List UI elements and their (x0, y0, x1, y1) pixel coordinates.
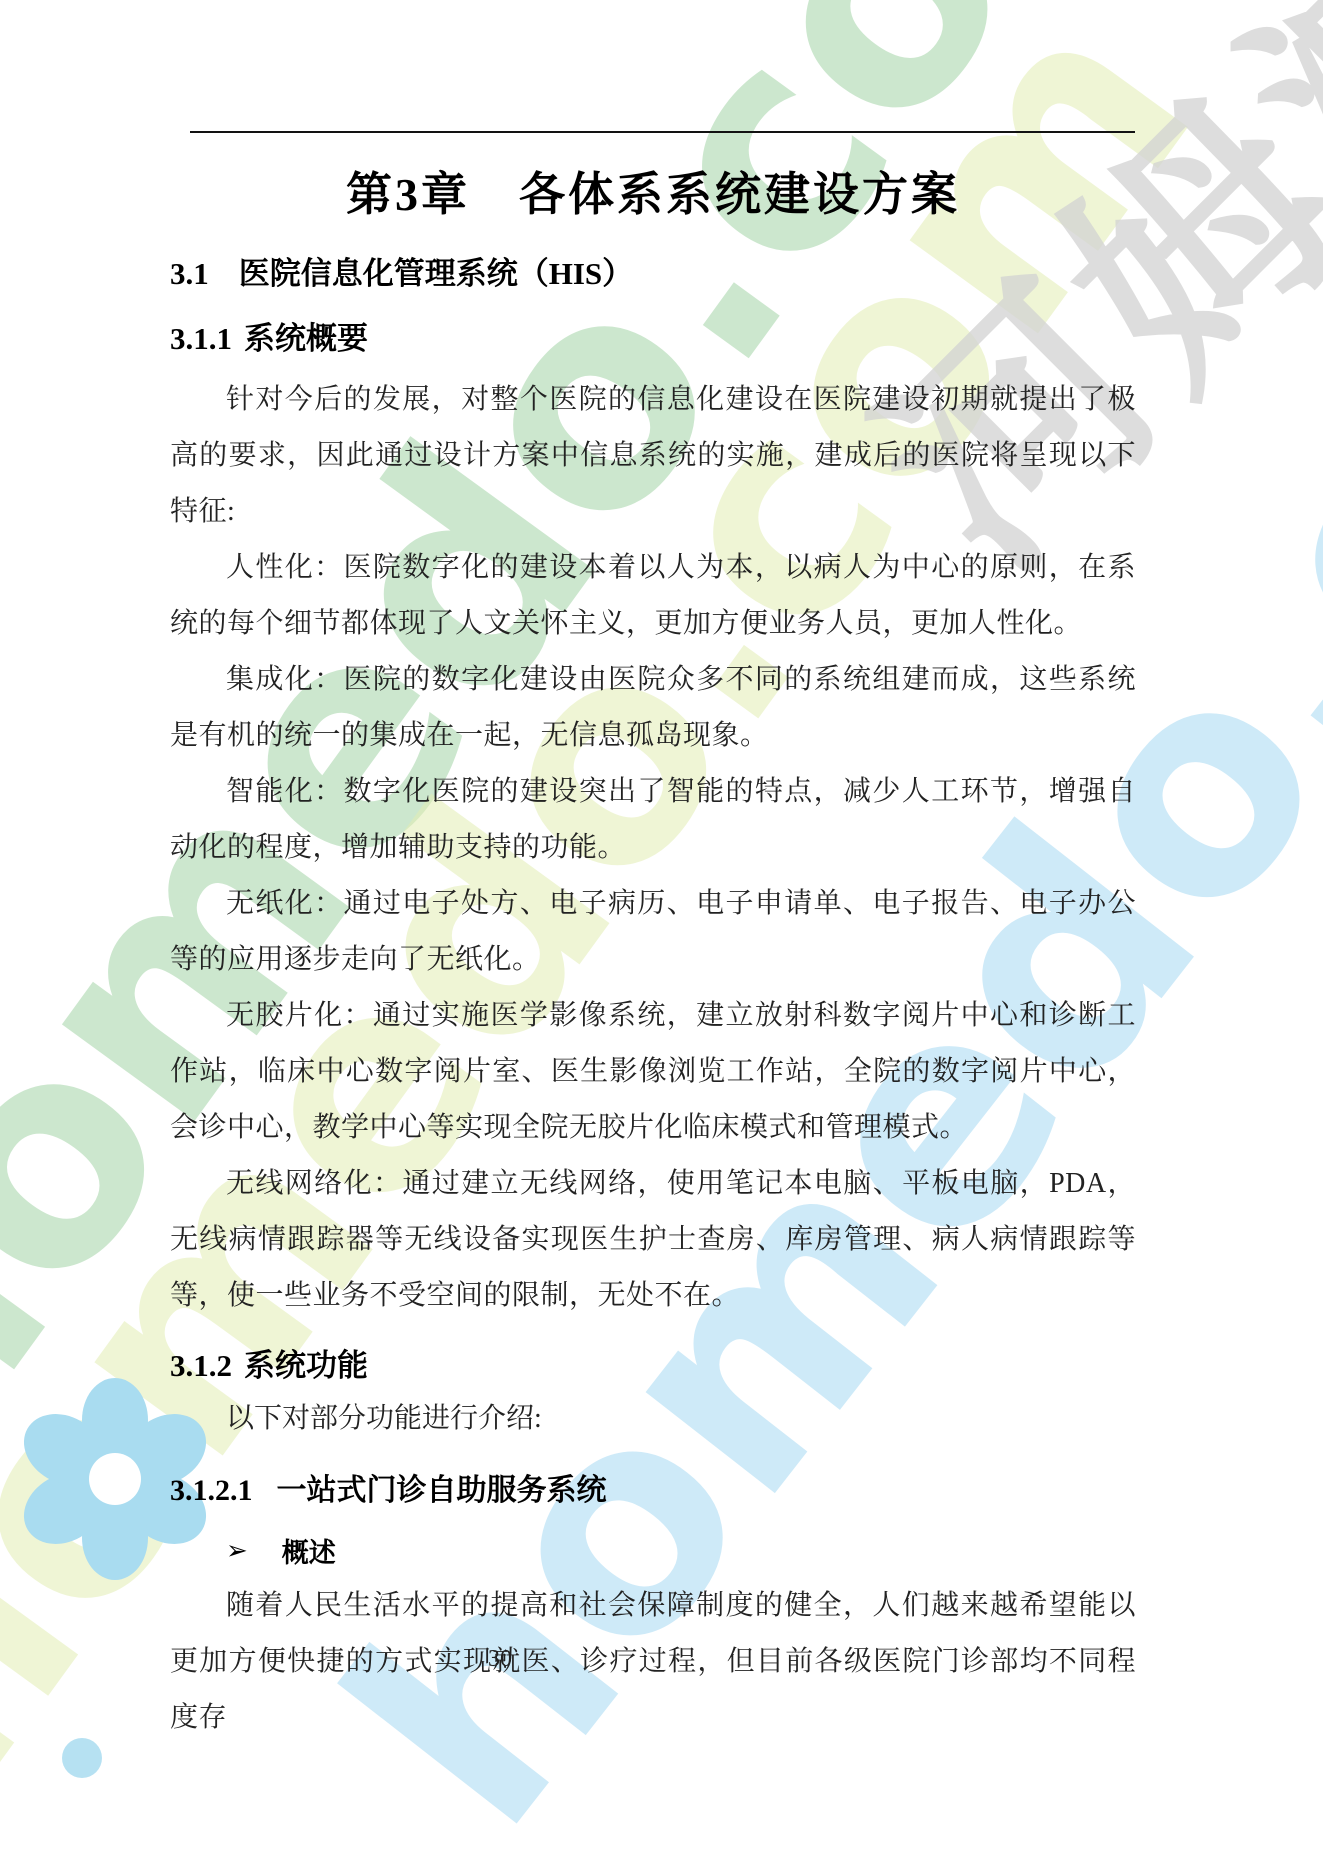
document-content: 第3章 各体系系统建设方案 3.1医院信息化管理系统（HIS） 3.1.1系统概… (170, 146, 1136, 1746)
heading-3-1-2-label: 3.1.2 (170, 1348, 232, 1383)
heading-3-1-label: 3.1 (170, 256, 209, 291)
body-paragraph-wujiaopianhua: 无胶片化：通过实施医学影像系统，建立放射科数字阅片中心和诊断工作站，临床中心数字… (170, 988, 1136, 1156)
heading-3-1-title: 医院信息化管理系统（HIS） (239, 256, 633, 291)
document-page: homedo.com homedo.com homedo.com 河姆渡 第3章… (0, 0, 1323, 1871)
heading-3-1-1-title: 系统概要 (244, 321, 368, 356)
flower-dot-watermark (62, 1738, 102, 1778)
body-paragraph-overview: 针对今后的发展，对整个医院的信息化建设在医院建设初期就提出了极高的要求，因此通过… (170, 372, 1136, 540)
heading-3-1-2: 3.1.2系统功能 (170, 1340, 1136, 1385)
heading-3-1-2-1-title: 一站式门诊自助服务系统 (277, 1474, 607, 1507)
heading-3-1-2-1: 3.1.2.1一站式门诊自助服务系统 (170, 1465, 1136, 1509)
header-rule (190, 131, 1135, 133)
body-paragraph-renxinghua: 人性化：医院数字化的建设本着以人为本，以病人为中心的原则，在系统的每个细节都体现… (170, 540, 1136, 652)
bullet-item-overview: ➢ 概述 (170, 1531, 1136, 1570)
body-paragraph-wuxianwangluohua: 无线网络化：通过建立无线网络，使用笔记本电脑、平板电脑，PDA，无线病情跟踪器等… (170, 1156, 1136, 1324)
body-paragraph-3-1-2-1: 随着人民生活水平的提高和社会保障制度的健全，人们越来越希望能以更加方便快捷的方式… (170, 1578, 1136, 1746)
chapter-title: 第3章 各体系系统建设方案 (170, 158, 1136, 224)
body-paragraph-wuzhihua: 无纸化：通过电子处方、电子病历、电子申请单、电子报告、电子办公等的应用逐步走向了… (170, 876, 1136, 988)
body-paragraph-zhinenghua: 智能化：数字化医院的建设突出了智能的特点，减少人工环节，增强自动化的程度，增加辅… (170, 764, 1136, 876)
bullet-label: 概述 (282, 1531, 336, 1570)
heading-3-1-2-1-label: 3.1.2.1 (170, 1474, 253, 1507)
heading-3-1-2-title: 系统功能 (244, 1348, 368, 1383)
page-number: 30 (420, 1646, 580, 1673)
heading-3-1: 3.1医院信息化管理系统（HIS） (170, 248, 1136, 293)
body-paragraph-jichenghua: 集成化：医院的数字化建设由医院众多不同的系统组建而成，这些系统是有机的统一的集成… (170, 652, 1136, 764)
heading-3-1-1-label: 3.1.1 (170, 321, 232, 356)
section-3-1-2-intro: 以下对部分功能进行介绍: (170, 1391, 1136, 1447)
arrow-bullet-icon: ➢ (226, 1536, 248, 1566)
heading-3-1-1: 3.1.1系统概要 (170, 313, 1136, 358)
